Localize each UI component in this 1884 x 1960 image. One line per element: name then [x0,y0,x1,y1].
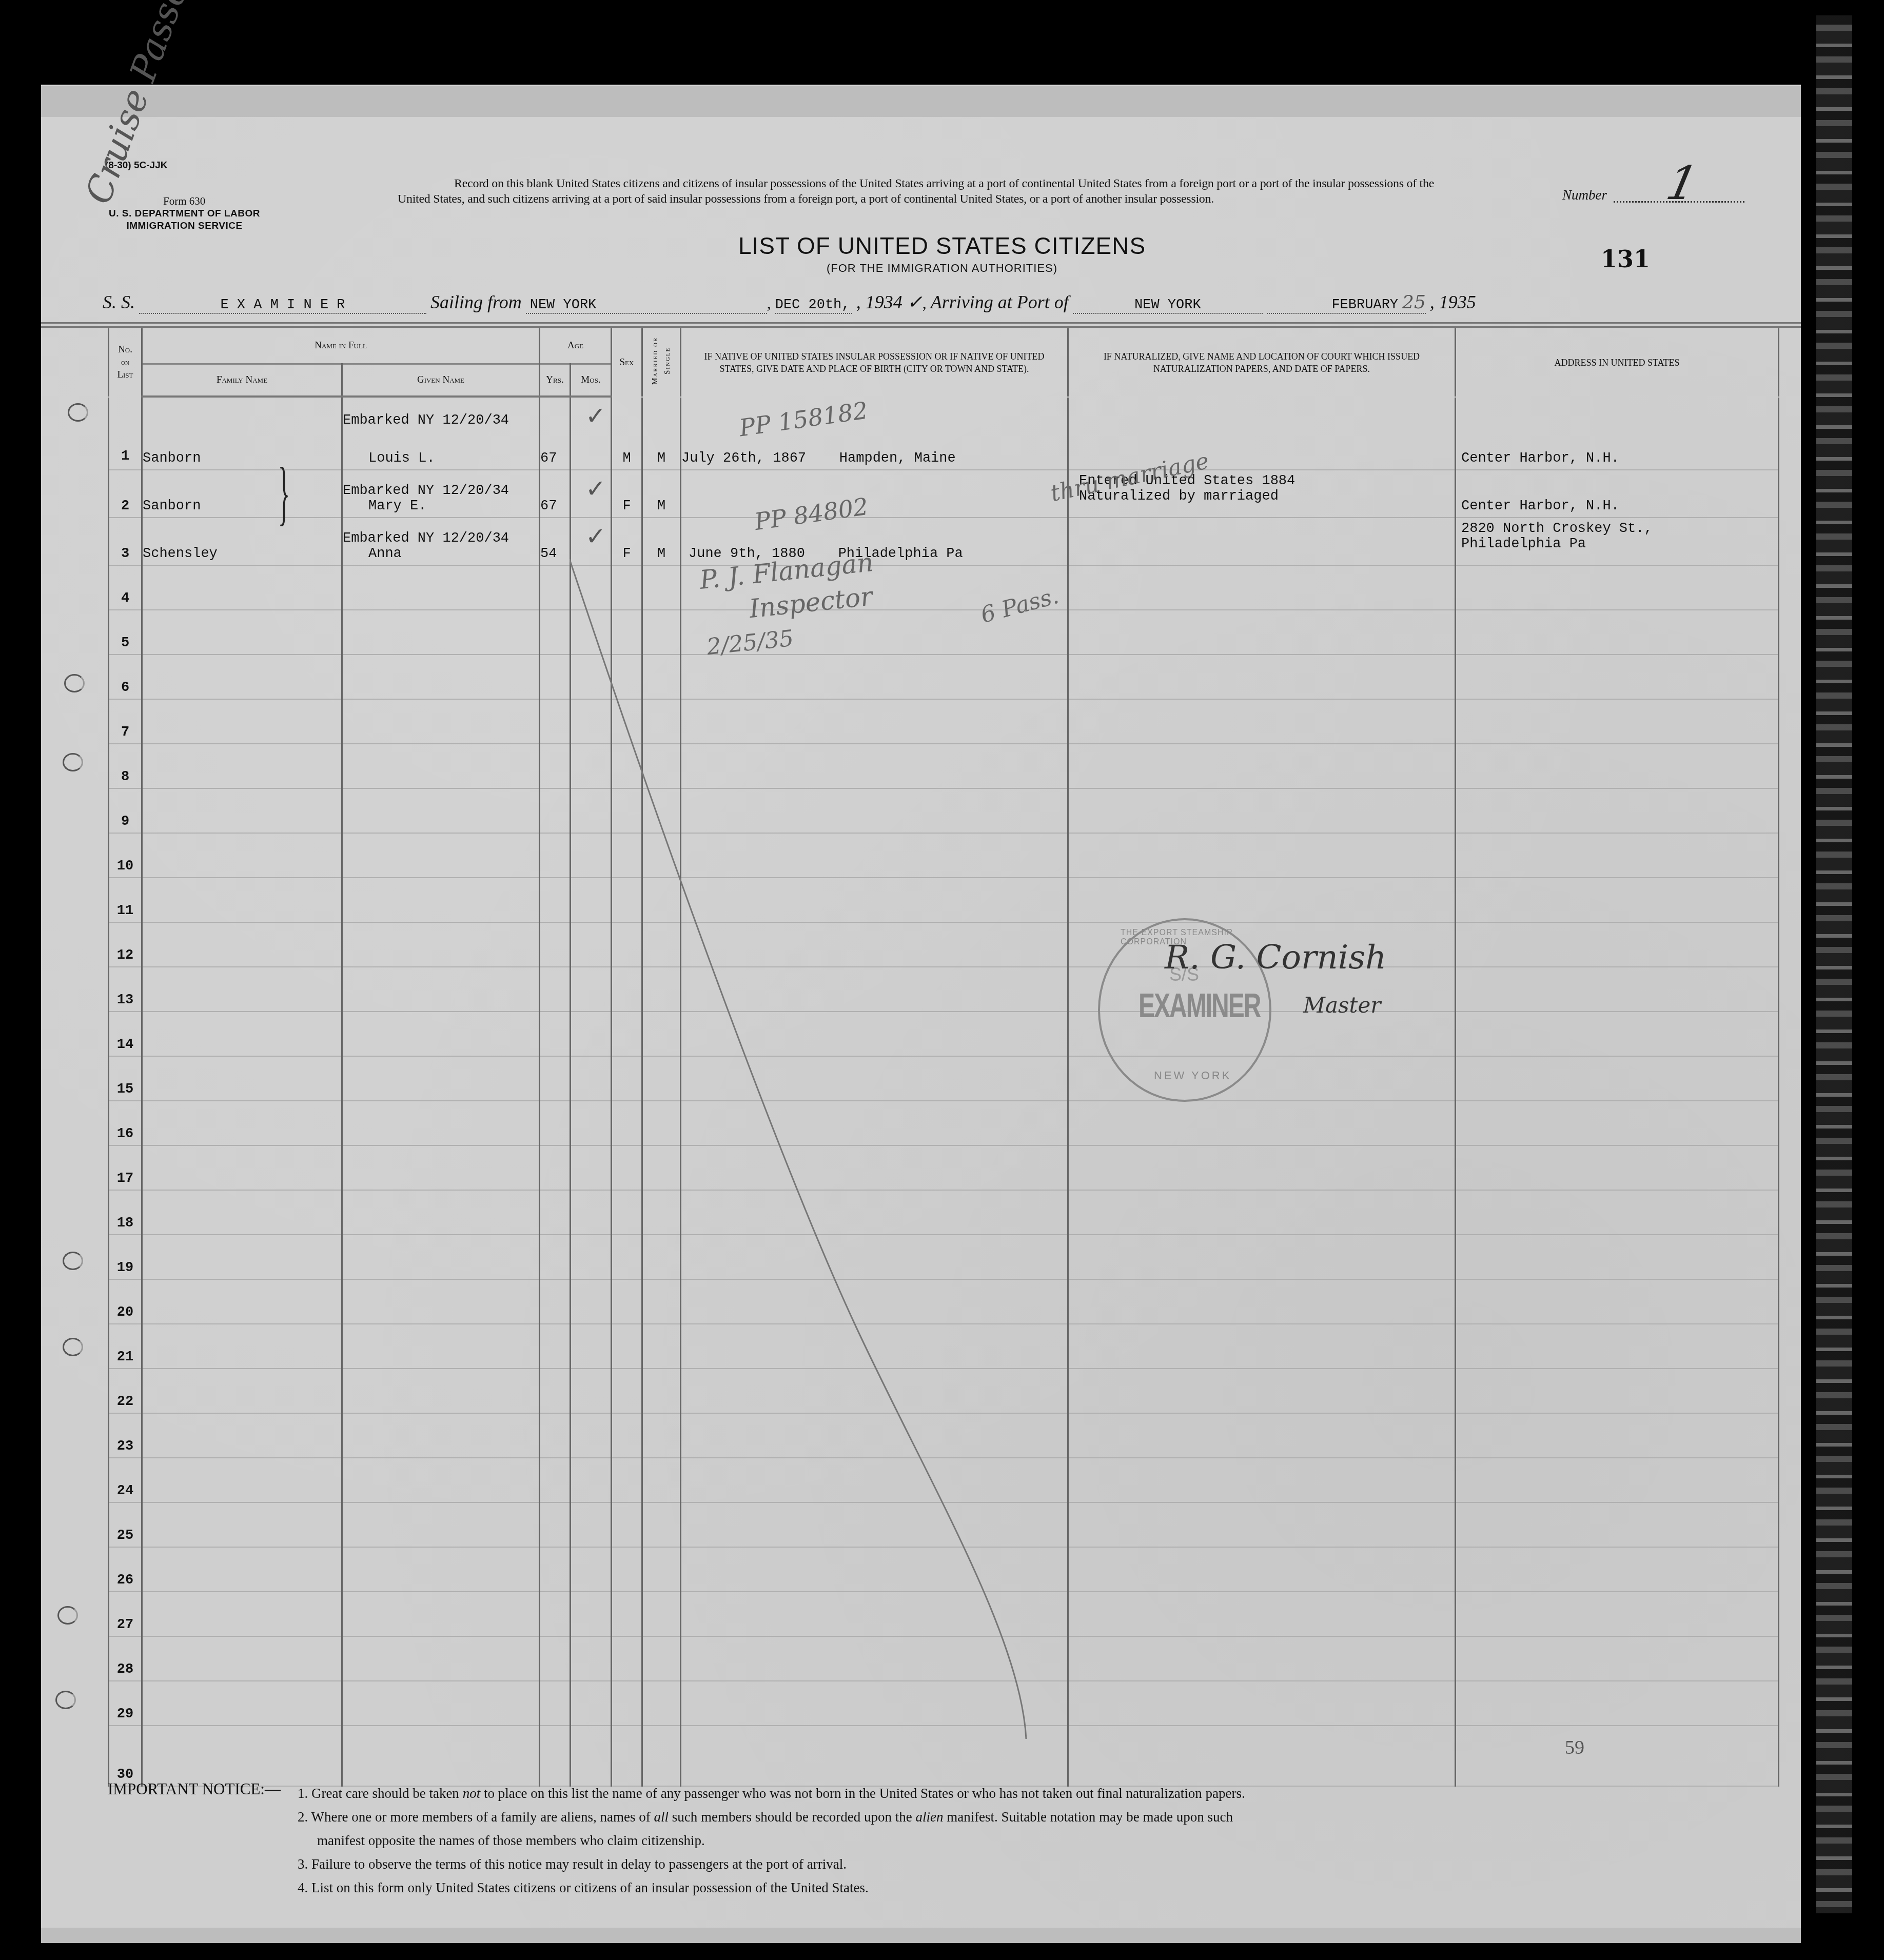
row-number: 25 [109,1502,142,1547]
row-number: 7 [109,699,142,744]
master-title: Master [1303,993,1381,1018]
address-cell: Center Harbor, N.H. [1456,398,1779,470]
sailing-port: NEW YORK [530,298,597,313]
table-row: 3 Schensley Embarked NY 12/20/34Anna 54 … [109,518,1779,565]
header-rule [41,326,1801,328]
age-mos-cell: ✓ [571,398,612,470]
naturalized-cell [1068,518,1456,565]
sailing-year-label: , 1934 ✓ [856,292,923,312]
sailing-from-label: Sailing from [430,292,522,312]
age-yrs-cell: 54 [540,518,571,565]
master-signature: R. G. Cornish [1165,939,1386,977]
ss-label: S. S. [103,292,135,312]
notice-item-1: 1. Great care should be taken not to pla… [298,1781,1642,1805]
punch-hole-icon [63,753,83,771]
row-number: 6 [109,655,142,699]
birth-cell: June 9th, 1880 Philadelphia Pa [681,518,1068,565]
family-name-cell: Schensley [142,518,342,565]
arrival-month: FEBRUARY [1331,298,1398,313]
sex-cell: F [612,470,642,518]
service-name: IMMIGRATION SERVICE [109,220,260,232]
department-name: U. S. DEPARTMENT OF LABOR [109,208,260,220]
row-number: 14 [109,1012,142,1056]
arrival-year: , 1935 [1430,292,1476,312]
given-name-cell: Embarked NY 12/20/34Anna [342,518,540,565]
form-number: Form 630 [163,195,205,208]
notice-list: 1. Great care should be taken not to pla… [298,1781,1642,1899]
row-number: 30 [109,1726,142,1786]
col-header-name-in-full: Name in Full [142,328,540,364]
row-number: 17 [109,1145,142,1190]
notice-item-3: 3. Failure to observe the terms of this … [298,1852,1642,1876]
checkmark-icon: ✓ [585,522,606,551]
row-number: 26 [109,1547,142,1592]
col-header-age: Age [540,328,612,364]
checkmark-icon: ✓ [585,474,606,503]
row-number: 13 [109,967,142,1012]
header-rule [41,322,1801,324]
notice-item-2-continued: manifest opposite the names of those mem… [298,1829,1642,1852]
age-yrs-cell: 67 [540,398,571,470]
instructions-paragraph: Record on this blank United States citiz… [398,176,1434,207]
col-header-yrs: Yrs. [540,364,571,397]
stamp-ring-bottom: NEW YORK [1154,1069,1231,1082]
row-number: 24 [109,1458,142,1502]
family-name-cell: Sanborn [142,398,342,470]
arrival-day: 25 [1402,292,1426,313]
family-brace-icon: } [278,451,290,534]
row-number: 5 [109,610,142,655]
row-number: 20 [109,1279,142,1324]
naturalized-cell [1068,398,1456,470]
number-label: Number [1562,187,1607,203]
pencil-stroke [570,559,1031,1739]
sex-cell: M [612,398,642,470]
given-name-cell: Embarked NY 12/20/34Louis L. [342,398,540,470]
row-number: 21 [109,1324,142,1369]
punch-hole-icon [63,1338,83,1356]
col-header-mos: Mos. [571,364,612,397]
row-number: 11 [109,878,142,922]
age-mos-cell: ✓ [571,470,612,518]
sailing-port-field: NEW YORK [526,293,767,314]
ship-name-field: E X A M I N E R [139,293,426,314]
birth-cell: July 26th, 1867 Hampden, Maine [681,398,1068,470]
col-header-naturalized: IF NATURALIZED, GIVE NAME AND LOCATION O… [1068,328,1456,397]
marital-cell: M [642,518,681,565]
row-number: 19 [109,1235,142,1279]
sex-cell: F [612,518,642,565]
arriving-label: Arriving at Port of [931,292,1069,312]
row-number: 4 [109,565,142,610]
birth-cell [681,470,1068,518]
stamped-sheet-number: 131 [1601,245,1650,273]
punch-hole-icon [57,1606,78,1625]
arrival-port-field: NEW YORK [1073,293,1263,314]
marital-cell: M [642,398,681,470]
col-header-married-single: Married or Single [642,328,681,397]
stamp-ship-name: EXAMINER [1139,986,1260,1026]
age-mos-cell: ✓ [571,518,612,565]
row-number: 22 [109,1369,142,1413]
sailing-date: DEC 20th, [775,298,850,313]
row-number: 23 [109,1413,142,1458]
col-header-birth: IF NATIVE OF UNITED STATES INSULAR POSSE… [681,328,1068,397]
punch-hole-icon [64,674,85,692]
row-number: 3 [109,518,142,565]
table-row: 1 Sanborn Embarked NY 12/20/34Louis L. 6… [109,398,1779,470]
embarked-note: Embarked NY 12/20/34 [343,413,539,428]
notice-item-2: 2. Where one or more members of a family… [298,1805,1642,1829]
row-number: 1 [109,398,142,470]
sailing-date-field: DEC 20th, [775,293,852,314]
row-number: 16 [109,1101,142,1145]
punch-hole-icon [55,1691,76,1709]
row-number: 10 [109,833,142,878]
col-header-given-name: Given Name [342,364,540,397]
row-number: 18 [109,1190,142,1235]
col-header-no: No.onList [109,328,142,397]
address-cell: Center Harbor, N.H. [1456,470,1779,518]
row-number: 29 [109,1681,142,1726]
notice-label: IMPORTANT NOTICE:— [108,1780,281,1798]
page-number: 59 [1565,1736,1584,1759]
row-number: 28 [109,1636,142,1681]
row-number: 15 [109,1056,142,1101]
punch-hole-icon [68,403,88,422]
voyage-line: S. S. E X A M I N E R Sailing from NEW Y… [103,291,1476,314]
department-block: U. S. DEPARTMENT OF LABOR IMMIGRATION SE… [109,208,260,232]
instructions-text: Record on this blank United States citiz… [398,177,1434,206]
sailing-year-suffix: 4 [893,292,902,312]
row-number: 12 [109,922,142,967]
age-yrs-cell: 67 [540,470,571,518]
col-header-sex: Sex [612,328,642,397]
arrival-year-suffix: 5 [1467,292,1476,312]
col-header-family-name: Family Name [142,364,342,397]
given-name-cell: Embarked NY 12/20/34Mary E. [342,470,540,518]
scan-edge-strip [1816,15,1852,1913]
address-cell: 2820 North Croskey St.,Philadelphia Pa [1456,518,1779,565]
marital-cell: M [642,470,681,518]
punch-hole-icon [63,1252,83,1270]
given-name: Louis L. [343,451,539,466]
arrival-port: NEW YORK [1134,298,1201,313]
arrival-date-field: FEBRUARY 25 [1267,292,1426,314]
col-header-address: ADDRESS IN UNITED STATES [1456,328,1779,397]
row-number: 8 [109,744,142,788]
table-row: 2 Sanborn Embarked NY 12/20/34Mary E. 67… [109,470,1779,518]
checkmark-icon: ✓ [585,402,606,430]
family-name-cell: Sanborn [142,470,342,518]
ship-name: E X A M I N E R [220,298,345,313]
row-number: 2 [109,470,142,518]
notice-item-4: 4. List on this form only United States … [298,1876,1642,1899]
row-number: 27 [109,1592,142,1636]
row-number: 9 [109,788,142,833]
